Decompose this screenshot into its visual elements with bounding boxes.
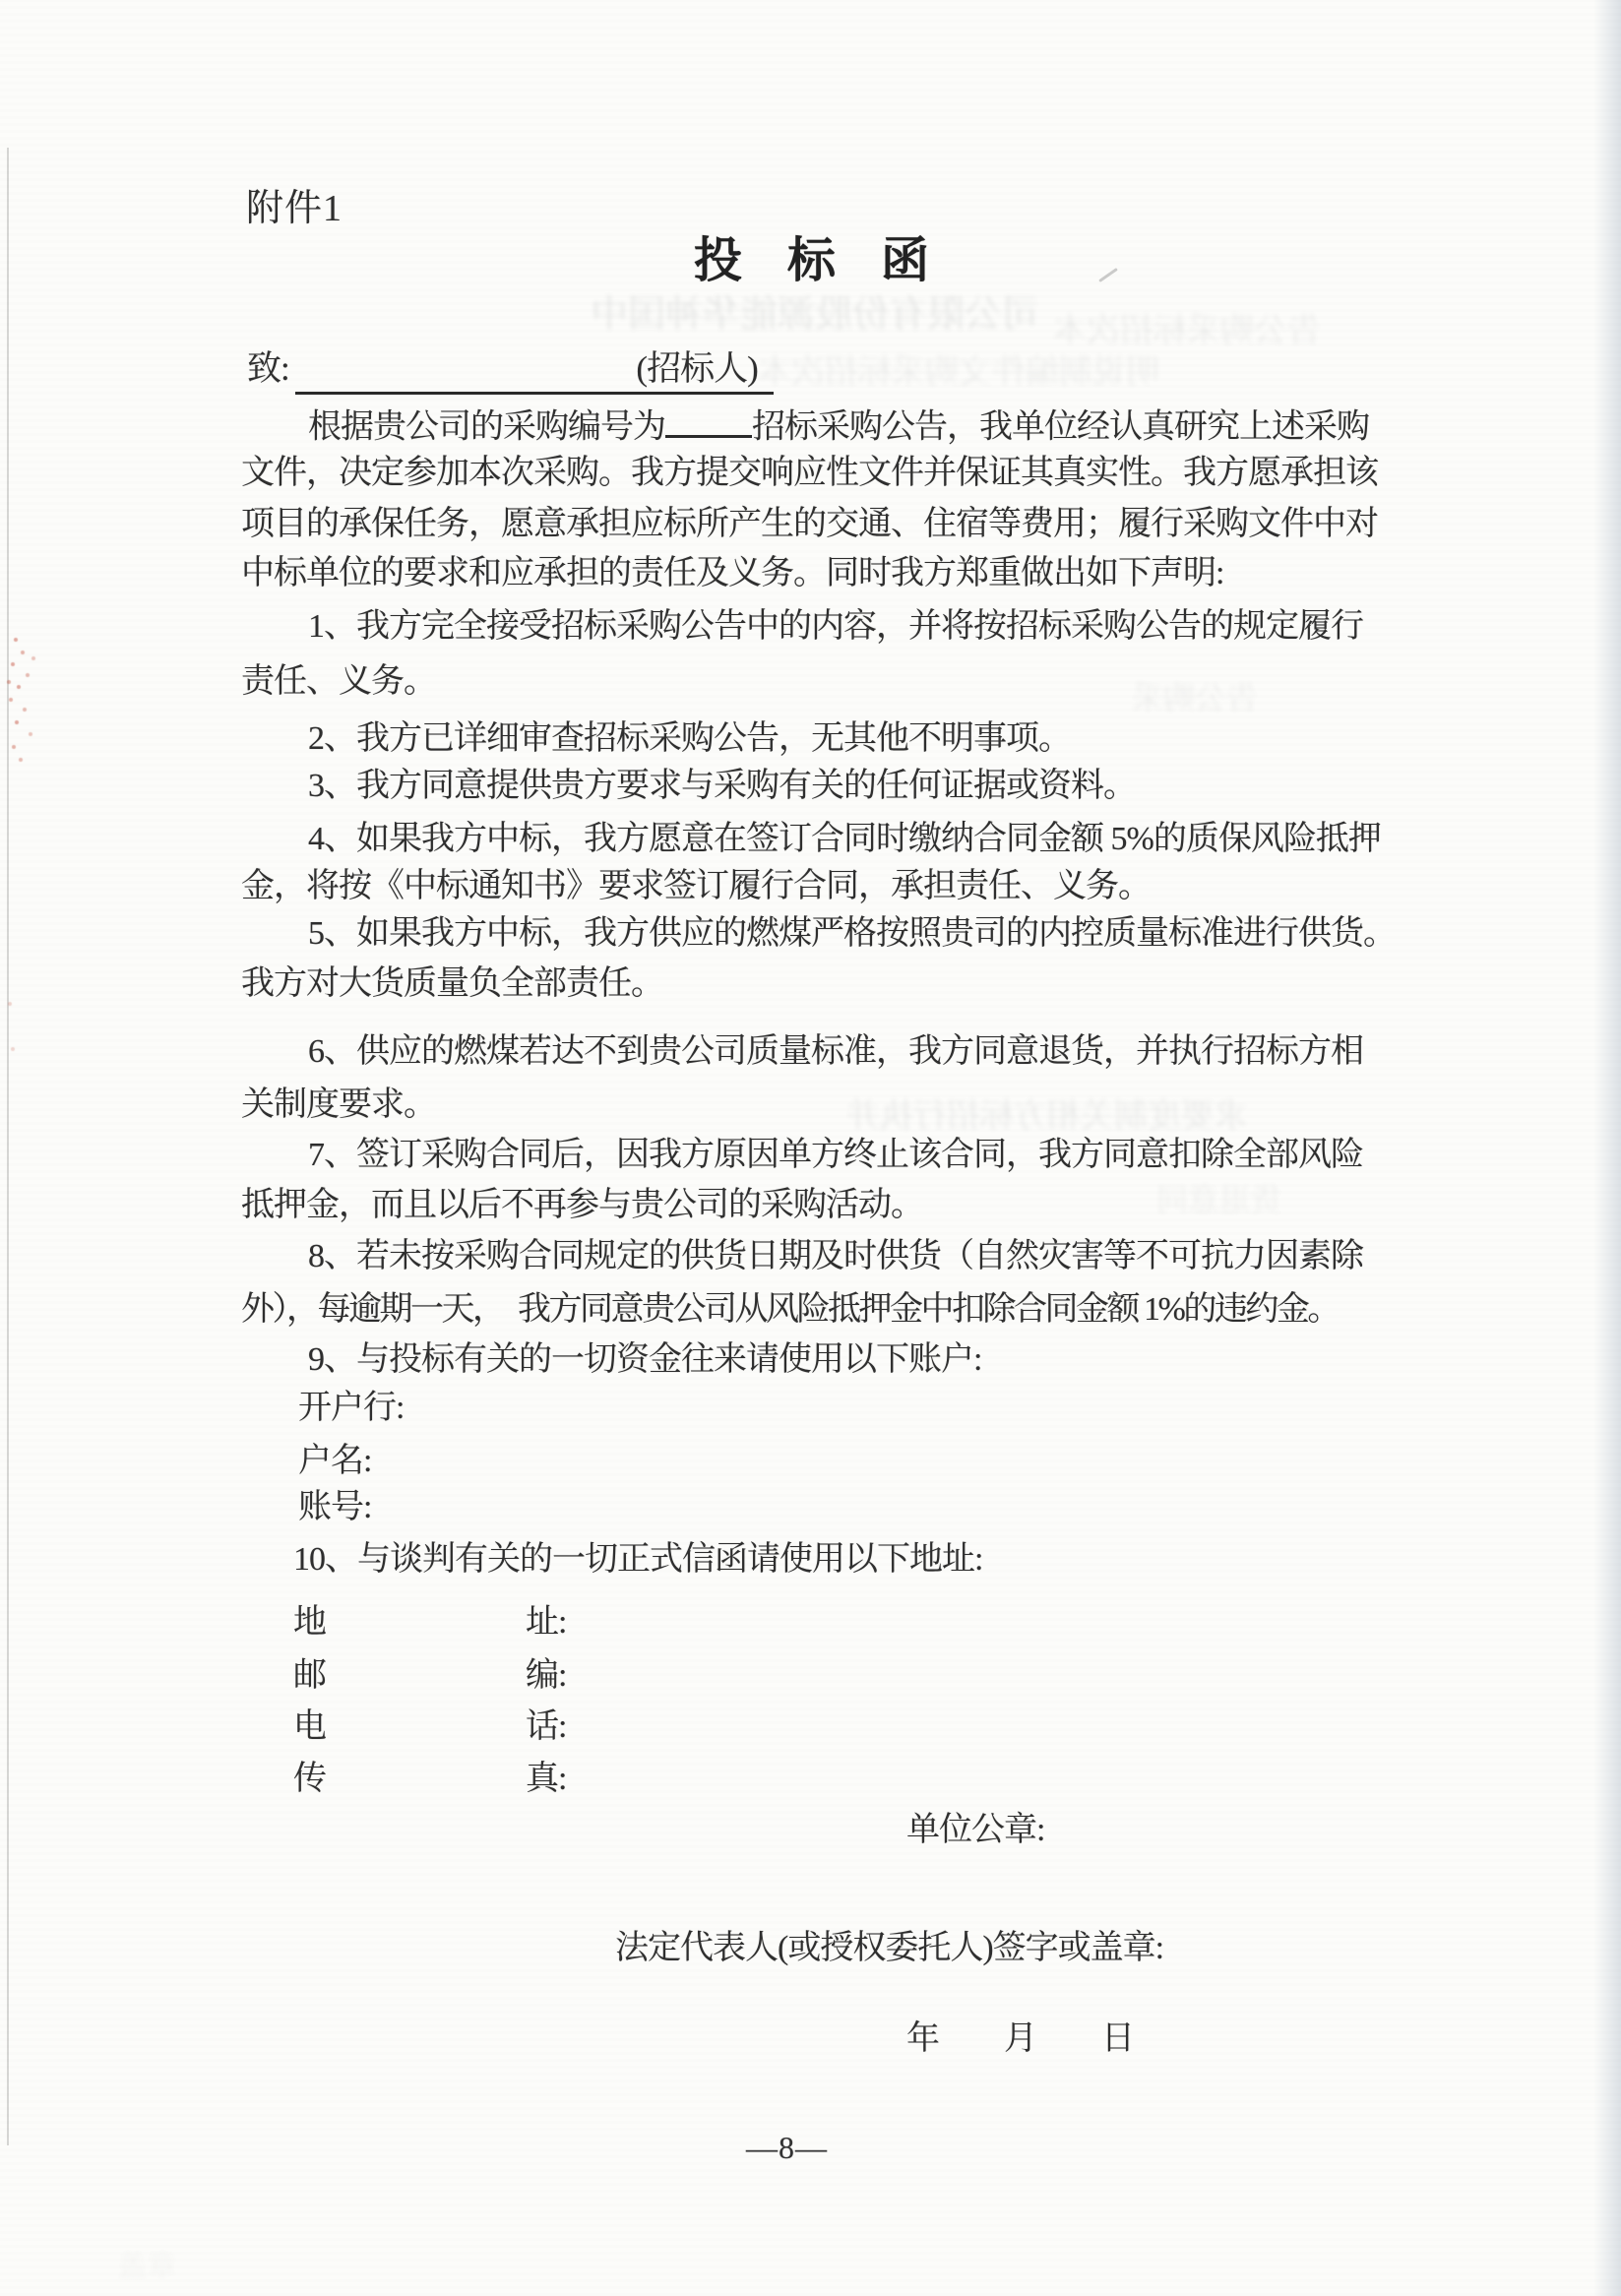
declaration-8-line-1: 8、若未按采购合同规定的供货日期及时供货（自然灾害等不可抗力因素除	[308, 1235, 1363, 1278]
document-title: 投标函	[694, 229, 974, 292]
declaration-5-line-2: 我方对大货质量负全部责任。	[241, 962, 663, 1006]
declaration-7-line-1: 7、签订采购合同后，因我方原因单方终止该合同，我方同意扣除全部风险	[308, 1134, 1363, 1177]
bank-field-account-name: 户名:	[298, 1440, 371, 1483]
declaration-9: 9、与投标有关的一切资金往来请使用以下账户:	[308, 1338, 981, 1382]
address-field-address: 地址:	[293, 1601, 566, 1644]
red-speckles	[0, 0, 4, 4]
address-field-label-second: 编:	[526, 1657, 566, 1694]
intro-line-2: 文件，决定参加本次采购。我方提交响应性文件并保证其真实性。我方愿承担该	[241, 452, 1378, 495]
address-field-fax: 传真:	[293, 1758, 566, 1801]
declaration-6-line-2: 关制度要求。	[241, 1084, 436, 1127]
address-field-label-first: 传	[293, 1761, 326, 1797]
salutation-line: 致:(招标人)	[247, 346, 774, 395]
declaration-2: 2、我方已详细审查招标采购公告，无其他不明事项。	[308, 717, 1071, 761]
declaration-3: 3、我方同意提供贵方要求与采购有关的任何证据或资料。	[308, 765, 1136, 808]
intro-line-1-pre: 根据贵公司的采购编号为	[308, 409, 665, 446]
intro-line-1: 根据贵公司的采购编号为招标采购公告，我单位经认真研究上述采购	[308, 401, 1369, 450]
intro-line-3: 项目的承保任务，愿意承担应标所产生的交通、住宿等费用；履行采购文件中对	[241, 503, 1378, 546]
address-field-label-first: 邮	[293, 1657, 326, 1694]
declaration-10: 10、与谈判有关的一切正式信函请使用以下地址:	[293, 1538, 982, 1582]
bleed-through-text: 告公购采标招次本	[1053, 303, 1321, 351]
scanned-document-page: 司公限有份股源能华神国中 告公购采标招次本 明说制编件文购采标招次本 告公购采 …	[0, 0, 1621, 2296]
declaration-8-line-2: 外），每逾期一天， 我方同意贵公司从风险抵押金中扣除合同金额 1%的违约金。	[241, 1288, 1339, 1332]
intro-line-1-post: 招标采购公告，我单位经认真研究上述采购	[752, 409, 1369, 446]
declaration-7-line-2: 抵押金，而且以后不再参与贵公司的采购活动。	[241, 1184, 923, 1227]
address-field-label-second: 真:	[526, 1761, 566, 1797]
attachment-label: 附件1	[246, 185, 343, 233]
addressee-underline: (招标人)	[295, 346, 774, 395]
bank-field-account-number: 账号:	[298, 1486, 371, 1529]
salutation-prefix: 致:	[247, 349, 289, 388]
address-field-phone: 电话:	[293, 1706, 566, 1749]
intro-line-4: 中标单位的要求和应承担的责任及义务。同时我方郑重做出如下声明:	[241, 552, 1223, 595]
scan-edge-line	[7, 148, 9, 2145]
declaration-4-line-1: 4、如果我方中标，我方愿意在签订合同时缴纳合同金额 5%的质保风险抵押	[308, 818, 1381, 861]
bleed-through-text: 货退意同	[1156, 1175, 1282, 1220]
page-edge-shadow	[1593, 0, 1621, 2296]
bleed-through-text: 章盖	[118, 2242, 177, 2285]
declaration-5-line-1: 5、如果我方中标，我方供应的燃煤严格按照贵司的内控质量标准进行供货。	[308, 912, 1396, 956]
address-field-postcode: 邮编:	[293, 1654, 566, 1698]
address-field-label-second: 址:	[526, 1604, 566, 1641]
date-line: 年 月 日	[906, 2017, 1134, 2061]
declaration-6-line-1: 6、供应的燃煤若达不到贵公司质量标准，我方同意退货，并执行招标方相	[308, 1030, 1363, 1074]
bleed-through-text: 告公购采	[1132, 673, 1258, 718]
seal-label: 单位公章:	[906, 1809, 1044, 1852]
address-field-label-first: 地	[293, 1604, 326, 1641]
bank-field-opening-bank: 开户行:	[298, 1387, 404, 1430]
address-field-label-second: 话:	[526, 1708, 566, 1745]
page-number: —8—	[746, 2128, 828, 2169]
declaration-4-line-2: 金，将按《中标通知书》要求签订履行合同，承担责任、义务。	[241, 865, 1151, 908]
scan-mark	[1098, 268, 1118, 282]
fill-in-blank	[665, 401, 752, 438]
bleed-through-text: 明说制编件文购采标招次本	[758, 344, 1159, 393]
address-field-label-first: 电	[293, 1708, 326, 1745]
declaration-1-line-2: 责任、义务。	[241, 660, 436, 704]
addressee-label: (招标人)	[636, 349, 757, 388]
bleed-through-text: 求要度制关相方标招行执并	[846, 1088, 1248, 1137]
declaration-1-line-1: 1、我方完全接受招标采购公告中的内容，并将按招标采购公告的规定履行	[308, 605, 1363, 649]
signature-label: 法定代表人(或授权委托人)签字或盖章:	[615, 1927, 1163, 1970]
